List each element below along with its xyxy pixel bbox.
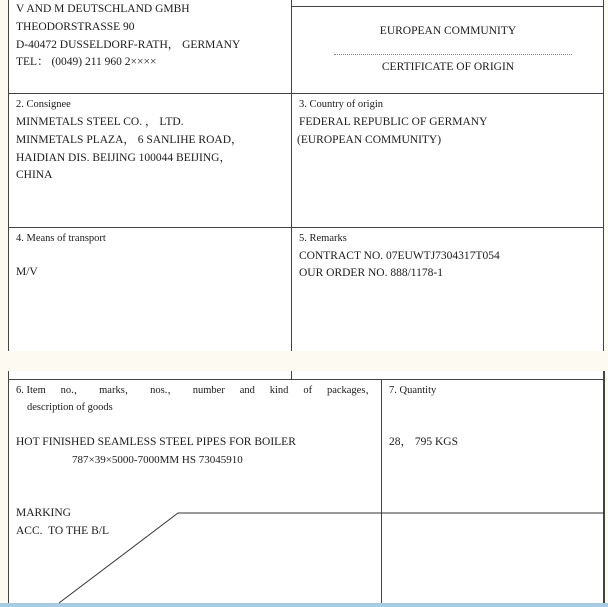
marking-line: ACC. TO THE B/L <box>16 522 109 540</box>
goods-spec: 787×39×5000-7000MM HS 73045910 <box>72 451 243 469</box>
consignee-line: CHINA <box>16 166 52 184</box>
items-label-line1: 6. Item no.， marks， nos.， number and kin… <box>16 382 376 400</box>
country-of-origin-line: (EUROPEAN COMMUNITY) <box>297 131 441 149</box>
items-label-word: nos.， <box>150 382 178 400</box>
consignor-line: TEL： (0049) 211 960 2×××× <box>16 53 157 71</box>
country-of-origin-label: 3. Country of origin <box>299 96 383 114</box>
items-label-word: kind <box>270 382 289 400</box>
consignee-line: HAIDIAN DIS. BEIJING 100044 BEIJING， <box>16 149 231 167</box>
items-label-word: no.， <box>61 382 85 400</box>
goods-description: HOT FINISHED SEAMLESS STEEL PIPES FOR BO… <box>16 433 296 451</box>
title-certificate-of-origin: CERTIFICATE OF ORIGIN <box>292 58 604 76</box>
remarks-line: OUR ORDER NO. 888/1178-1 <box>299 264 443 282</box>
items-label-word: 6. Item <box>16 382 46 400</box>
consignee-line: MINMETALS STEEL CO. ， LTD. <box>16 113 184 131</box>
consignor-line: THEODORSTRASSE 90 <box>16 18 135 36</box>
remarks-line: CONTRACT NO. 07EUWTJ7304317T054 <box>299 247 500 265</box>
items-label-word: and <box>240 382 255 400</box>
quantity-value: 28， 795 KGS <box>389 433 458 451</box>
transport-value: M/V <box>16 263 38 281</box>
items-label-word: number <box>193 382 225 400</box>
marking-line: MARKING <box>16 504 71 522</box>
consignor-line: D-40472 DUSSELDORF-RATH， GERMANY <box>16 36 240 54</box>
items-label-word: packages， <box>327 382 376 400</box>
consignee-line: MINMETALS PLAZA， 6 SANLIHE ROAD， <box>16 131 243 149</box>
quantity-label: 7. Quantity <box>389 382 436 400</box>
cancellation-line <box>0 0 608 607</box>
transport-label: 4. Means of transport <box>16 230 106 248</box>
items-label-word: marks， <box>99 382 135 400</box>
items-label-line2: description of goods <box>27 399 113 417</box>
title-european-community: EUROPEAN COMMUNITY <box>292 22 604 40</box>
title-dotted-divider <box>334 54 572 55</box>
country-of-origin-line: FEDERAL REPUBLIC OF GERMANY <box>299 113 487 131</box>
remarks-label: 5. Remarks <box>299 230 347 248</box>
consignee-label: 2. Consignee <box>16 96 71 114</box>
consignor-line: V AND M DEUTSCHLAND GMBH <box>16 0 190 18</box>
items-label-word: of <box>303 382 312 400</box>
